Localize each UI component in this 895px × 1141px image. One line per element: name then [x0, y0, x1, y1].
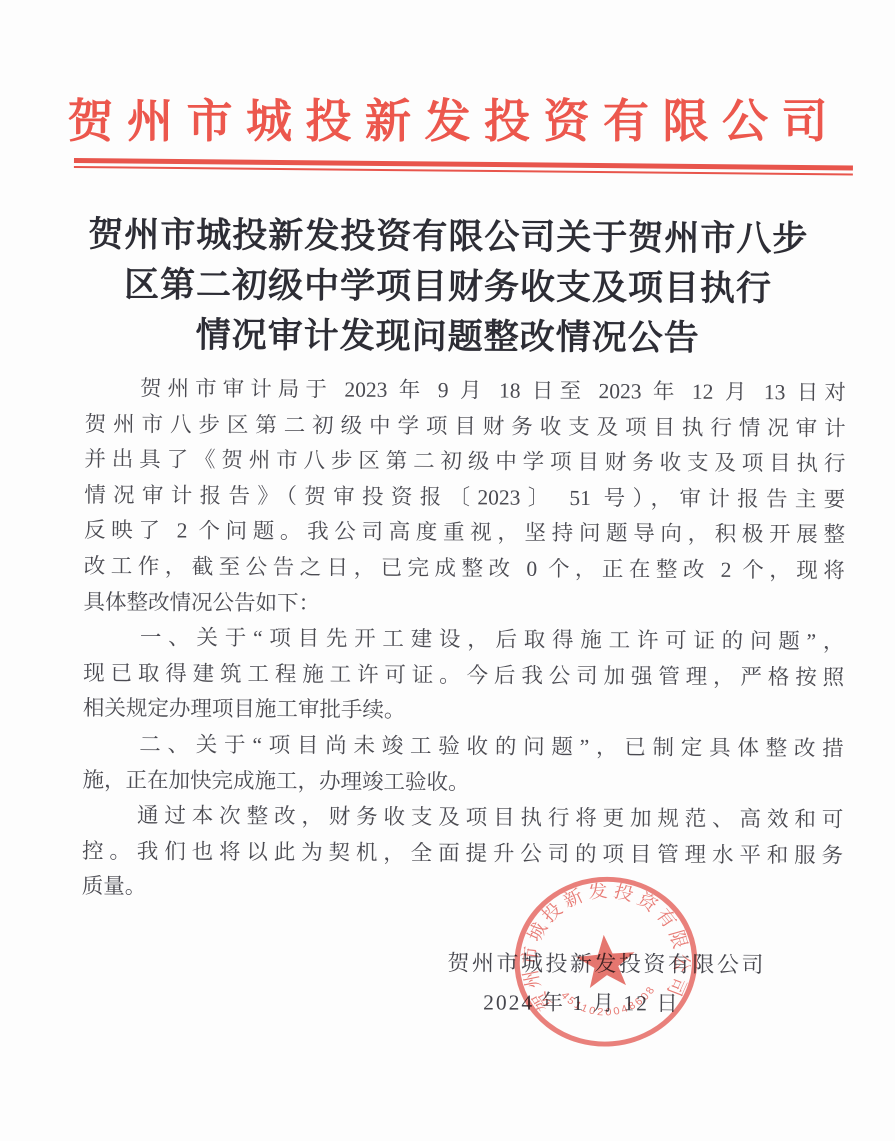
body-line: 贺州市八步区第二初级中学项目财务收支及项目执行情况审计 — [85, 407, 846, 447]
body-line: 通过本次整改，财务收支及项目执行将更加规范、高效和可 — [82, 798, 843, 838]
body-line: 情况审计报告》（贺审投资报〔2023〕 51 号），审计报告主要 — [84, 478, 845, 518]
svg-text:4511020048608: 4511020048608 — [558, 982, 661, 1022]
body-line: 施，正在加快完成施工，办理竣工验收。 — [82, 763, 843, 803]
body-line: 并出具了《贺州市八步区第二初级中学项目财务收支及项目执行 — [84, 442, 845, 482]
title-line: 贺州市城投新发投资有限公司关于贺州市八步 — [41, 210, 856, 265]
body-line: 控。我们也将以此为契机，全面提升公司的项目管理水平和服务 — [82, 834, 843, 874]
body-line: 二、关于“项目尚未竣工验收的问题”，已制定具体整改措 — [83, 727, 844, 767]
body-line: 质量。 — [82, 869, 843, 909]
seal-serial-number: 4511020048608 — [558, 982, 661, 1022]
star-icon — [574, 933, 637, 989]
body-line: 贺州市审计局于 2023 年 9 月 18 日至 2023 年 12 月 13 … — [85, 371, 846, 411]
official-seal-stamp: 贺州市城投新发投资有限公司 4511020048608 — [502, 865, 709, 1059]
title-line: 情况审计发现问题整改情况公告 — [40, 310, 855, 365]
body-line: 具体整改情况公告如下： — [83, 585, 844, 625]
document-title: 贺州市城投新发投资有限公司关于贺州市八步 区第二初级中学项目财务收支及项目执行 … — [40, 210, 856, 365]
body-line: 一、关于“项目先开工建设，后取得施工许可证的问题”， — [83, 620, 844, 660]
body-line: 现已取得建筑工程施工许可证。今后我公司加强管理，严格按照 — [83, 656, 844, 696]
body-text: 贺州市审计局于 2023 年 9 月 18 日至 2023 年 12 月 13 … — [82, 371, 846, 910]
document-page: 贺州市城投新发投资有限公司 贺州市城投新发投资有限公司关于贺州市八步 区第二初级… — [0, 0, 895, 1141]
body-line: 改工作，截至公告之日，已完成整改 0 个，正在整改 2 个，现将 — [84, 549, 845, 589]
document-content: 贺州市城投新发投资有限公司关于贺州市八步 区第二初级中学项目财务收支及项目执行 … — [0, 0, 895, 1141]
body-line: 反映了 2 个问题。我公司高度重视，坚持问题导向，积极开展整 — [84, 513, 845, 553]
body-line: 相关规定办理项目施工审批手续。 — [83, 691, 844, 731]
title-line: 区第二初级中学项目财务收支及项目执行 — [40, 260, 855, 315]
